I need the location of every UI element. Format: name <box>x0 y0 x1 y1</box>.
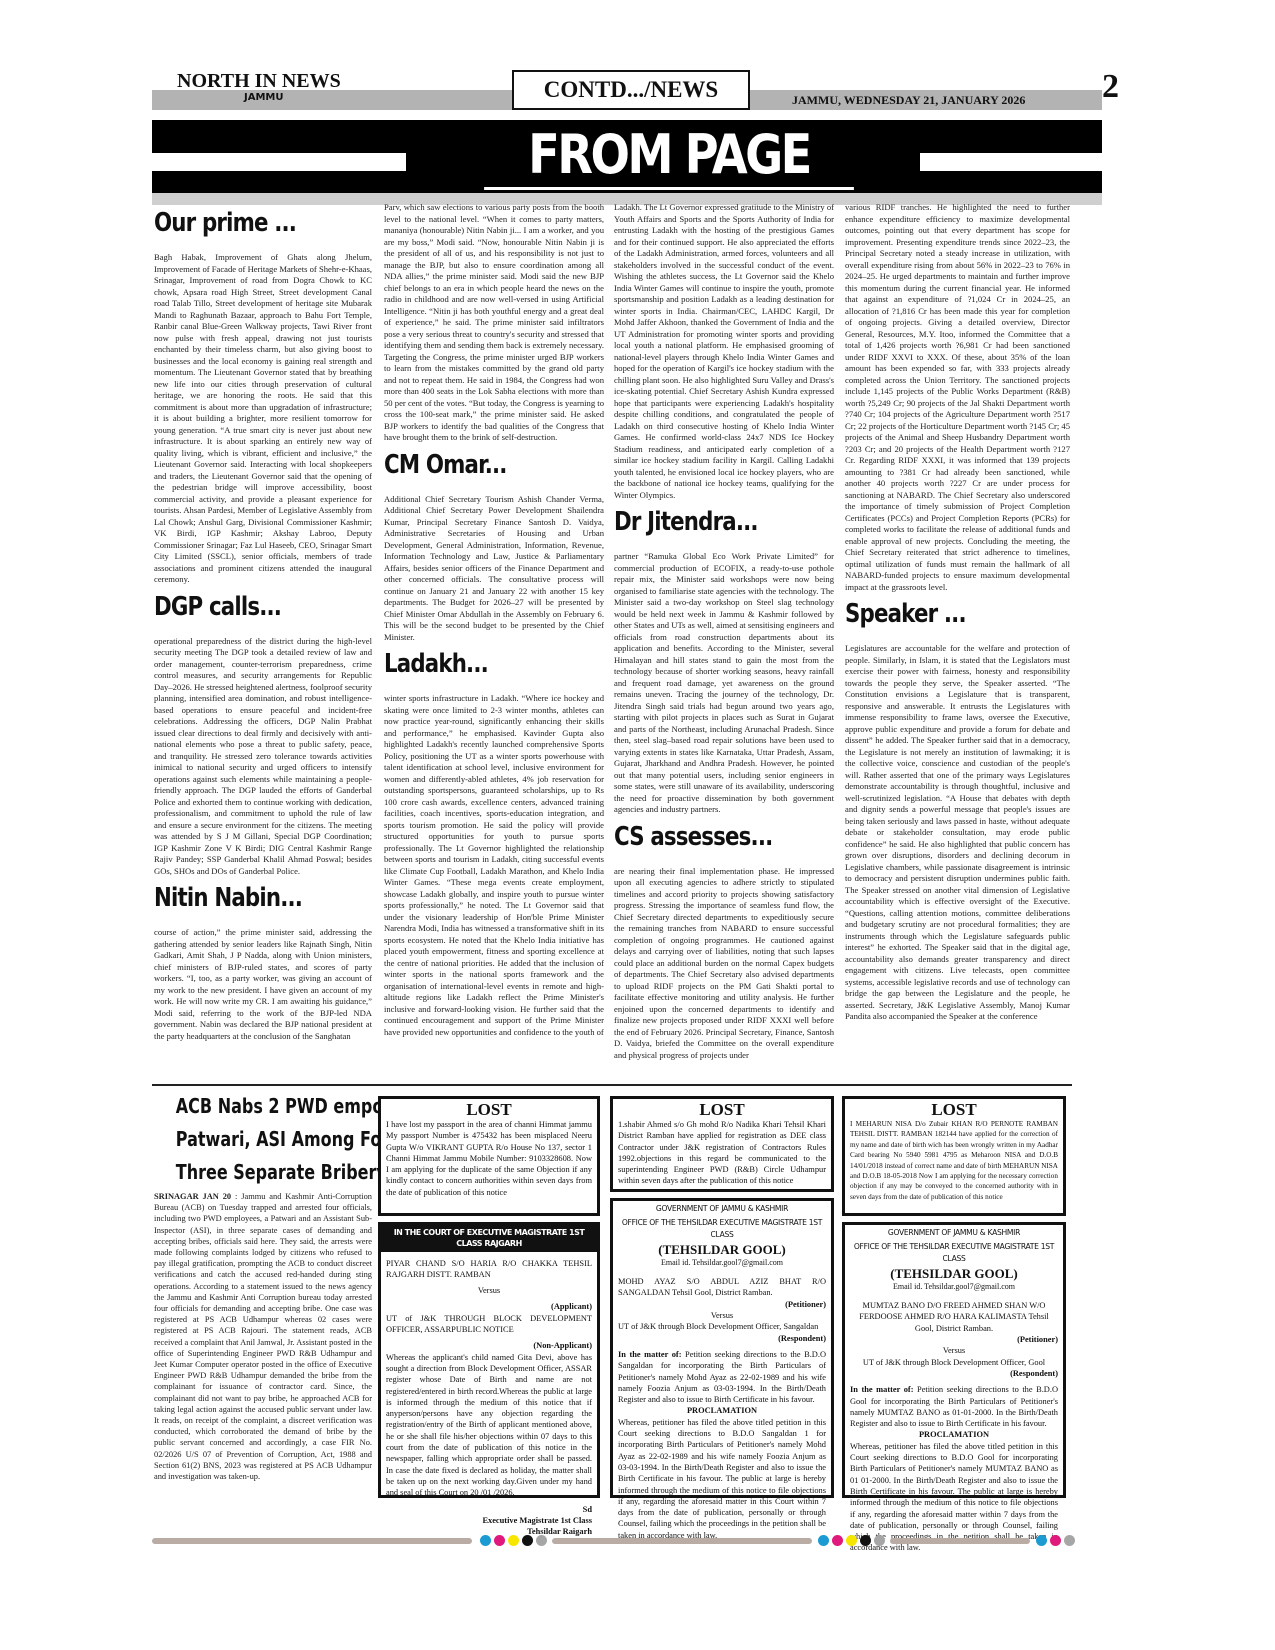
respondent-label: (Respondent) <box>618 1333 826 1344</box>
cyan-dot-icon <box>1036 1535 1047 1546</box>
headline-cs-assesses: CS assesses... <box>614 822 794 852</box>
office-header: OFFICE OF THE TEHSILDAR EXECUTIVE MAGIST… <box>850 1241 1058 1264</box>
court-notice-gool-ayaz: GOVERNMENT OF JAMMU & KASHMIR OFFICE OF … <box>610 1198 834 1498</box>
lost-body: I MEHARUN NISA D/o Zubair KHAN R/O PERNO… <box>850 1119 1058 1202</box>
lost-notice-passport: LOST I have lost my passport in the area… <box>378 1096 600 1216</box>
respondent: UT of J&K through Block Development Offi… <box>618 1321 826 1332</box>
email: Email id. Tehsildar.gool7@gmail.com <box>850 1281 1058 1292</box>
office-header: OFFICE OF THE TEHSILDAR EXECUTIVE MAGIST… <box>618 1217 826 1240</box>
banner-title: FROM PAGE ONE <box>484 120 854 190</box>
paper-name: NORTH IN NEWS <box>177 70 341 93</box>
tehsil-name: (TEHSILDAR GOOL) <box>850 1267 1058 1281</box>
page-number: 2 <box>1102 68 1119 106</box>
column-4: various RIDF tranches. He highlighted th… <box>845 202 1070 1029</box>
magenta-dot-icon <box>832 1535 843 1546</box>
banner: FROM PAGE ONE <box>152 120 1102 193</box>
court-notice-rajgarh: IN THE COURT OF EXECUTIVE MAGISTRATE 1ST… <box>378 1222 600 1498</box>
lost-title: LOST <box>850 1101 1058 1119</box>
gray-dot-icon <box>1064 1535 1075 1546</box>
column-1: Our prime ... Bagh Habak, Improvement of… <box>154 202 372 1048</box>
registration-color-bar <box>152 1535 1072 1547</box>
gov-header: GOVERNMENT OF JAMMU & KASHMIR <box>618 1203 826 1214</box>
cyan-dot-icon <box>818 1535 829 1546</box>
applicant-label: (Applicant) <box>386 1301 592 1312</box>
article-body-dr-jitendra: partner “Ramuka Global Eco Work Private … <box>614 551 834 816</box>
lost-body: I have lost my passport in the area of c… <box>386 1119 592 1198</box>
matter: In the matter of: Petition seeking direc… <box>618 1349 826 1405</box>
lost-title: LOST <box>386 1101 592 1119</box>
yellow-dot-icon <box>846 1535 857 1546</box>
versus: Versus <box>386 1285 592 1296</box>
paper-city: JAMMU <box>244 92 283 103</box>
petitioner-label: (Petitioner) <box>618 1299 826 1310</box>
yellow-dot-icon <box>508 1535 519 1546</box>
versus: Versus <box>618 1310 826 1321</box>
respondent: UT of J&K through Block Development Offi… <box>850 1357 1058 1368</box>
respondent-label: (Respondent) <box>850 1368 1058 1379</box>
acb-headline-line-1: ACB Nabs 2 PWD empolyees <box>176 1090 350 1123</box>
article-body-ladakh: winter sports infrastructure in Ladakh. … <box>384 693 604 1038</box>
lost-title: LOST <box>618 1101 826 1119</box>
lost-body: 1.shabir Ahmed s/o Gh mohd R/o Nadika Kh… <box>618 1119 826 1187</box>
masthead: NORTH IN NEWS JAMMU CONTD.../NEWS JAMMU,… <box>152 68 1120 120</box>
article-body-speaker: Legislatures are accountable for the wel… <box>845 643 1070 1023</box>
proclamation-body: Whereas, petitioner has filed the above … <box>618 1417 826 1541</box>
notice-body: Whereas the applicant's child named Gita… <box>386 1352 592 1499</box>
applicant: PIYAR CHAND S/O HARIA R/O CHAKKA TEHSIL … <box>386 1258 592 1281</box>
black-dot-icon <box>522 1535 533 1546</box>
article-body-cs-assesses-continued: various RIDF tranches. He highlighted th… <box>845 202 1070 593</box>
gray-dot-icon <box>536 1535 547 1546</box>
court-notice-gool-mumtaz: GOVERNMENT OF JAMMU & KASHMIR OFFICE OF … <box>842 1222 1066 1498</box>
matter: In the matter of: Petition seeking direc… <box>850 1384 1058 1429</box>
section-divider <box>152 1084 1072 1086</box>
column-3: Ladakh. The Lt Governor expressed gratit… <box>614 202 834 1067</box>
banner-stripe-left <box>152 153 406 171</box>
cyan-dot-icon <box>480 1535 491 1546</box>
email: Email id. Tehsildar.gool7@gmail.com <box>618 1257 826 1268</box>
article-body-nitin-nabin-continued: Parv, which saw elections to various par… <box>384 202 604 444</box>
headline-dr-jitendra: Dr Jitendra... <box>614 507 794 537</box>
footer-segment <box>552 1538 812 1544</box>
black-dot-icon <box>860 1535 871 1546</box>
signatory-title: Executive Magistrate 1st Class <box>386 1515 592 1526</box>
article-body-nitin-nabin: course of action,” the prime minister sa… <box>154 927 372 1042</box>
article-body-cs-assesses: are nearing their final implementation p… <box>614 866 834 1062</box>
banner-stripe-right <box>920 153 1102 171</box>
proclamation-title: PROCLAMATION <box>618 1405 826 1416</box>
respondent: UT of J&K THROUGH BLOCK DEVELOPMENT OFFI… <box>386 1313 592 1336</box>
proclamation-title: PROCLAMATION <box>850 1429 1058 1440</box>
article-body-ladakh-continued: Ladakh. The Lt Governor expressed gratit… <box>614 202 834 501</box>
footer-segment <box>152 1538 472 1544</box>
acb-body-text: : Jammu and Kashmir Anti-Corruption Bure… <box>154 1192 372 1481</box>
gov-header: GOVERNMENT OF JAMMU & KASHMIR <box>850 1227 1058 1238</box>
court-header: IN THE COURT OF EXECUTIVE MAGISTRATE 1ST… <box>381 1225 597 1252</box>
matter-label: In the matter of: <box>850 1385 913 1394</box>
footer-segment <box>890 1538 1030 1544</box>
lost-notice-aadhar: LOST I MEHARUN NISA D/o Zubair KHAN R/O … <box>842 1096 1066 1216</box>
gray-dot-icon <box>874 1535 885 1546</box>
petitioner: MOHD AYAZ S/O ABDUL AZIZ BHAT R/O SANGAL… <box>618 1276 826 1299</box>
acb-dateline: SRINAGAR JAN 20 <box>154 1192 231 1201</box>
versus: Versus <box>850 1345 1058 1356</box>
headline-nitin-nabin: Nitin Nabin... <box>154 883 333 913</box>
headline-speaker: Speaker ... <box>845 599 1030 629</box>
headline-cm-omar: CM Omar... <box>384 450 564 480</box>
tehsil-name: (TEHSILDAR GOOL) <box>618 1243 826 1257</box>
magenta-dot-icon <box>1050 1535 1061 1546</box>
respondent-label: (Non-Applicant) <box>386 1340 592 1351</box>
signature-sd: Sd <box>386 1504 592 1515</box>
headline-dgp-calls: DGP calls... <box>154 592 333 622</box>
matter-label: In the matter of: <box>618 1350 681 1359</box>
acb-headline-line-2: Patwari, ASI Among Four In <box>176 1123 350 1156</box>
headline-ladakh: Ladakh... <box>384 649 564 679</box>
magenta-dot-icon <box>494 1535 505 1546</box>
petitioner: MUMTAZ BANO D/O FREED AHMED SHAN W/O FER… <box>850 1300 1058 1334</box>
article-body-cm-omar: Additional Chief Secretary Tourism Ashis… <box>384 494 604 644</box>
headline-our-prime: Our prime ... <box>154 208 333 238</box>
acb-headline-line-3: Three Separate Bribery Cases <box>176 1156 350 1189</box>
column-2: Parv, which saw elections to various par… <box>384 202 604 1044</box>
lost-notice-contractor: LOST 1.shabir Ahmed s/o Gh mohd R/o Nadi… <box>610 1096 834 1192</box>
article-body-our-prime: Bagh Habak, Improvement of Ghats along J… <box>154 252 372 586</box>
acb-body: SRINAGAR JAN 20 : Jammu and Kashmir Anti… <box>154 1191 372 1482</box>
petitioner-label: (Petitioner) <box>850 1334 1058 1345</box>
dateline: JAMMU, WEDNESDAY 21, JANUARY 2026 <box>792 93 1025 108</box>
article-body-dgp-calls: operational preparedness of the district… <box>154 636 372 878</box>
acb-story: ACB Nabs 2 PWD empolyees Patwari, ASI Am… <box>154 1090 372 1482</box>
section-label: CONTD.../NEWS <box>512 70 750 110</box>
